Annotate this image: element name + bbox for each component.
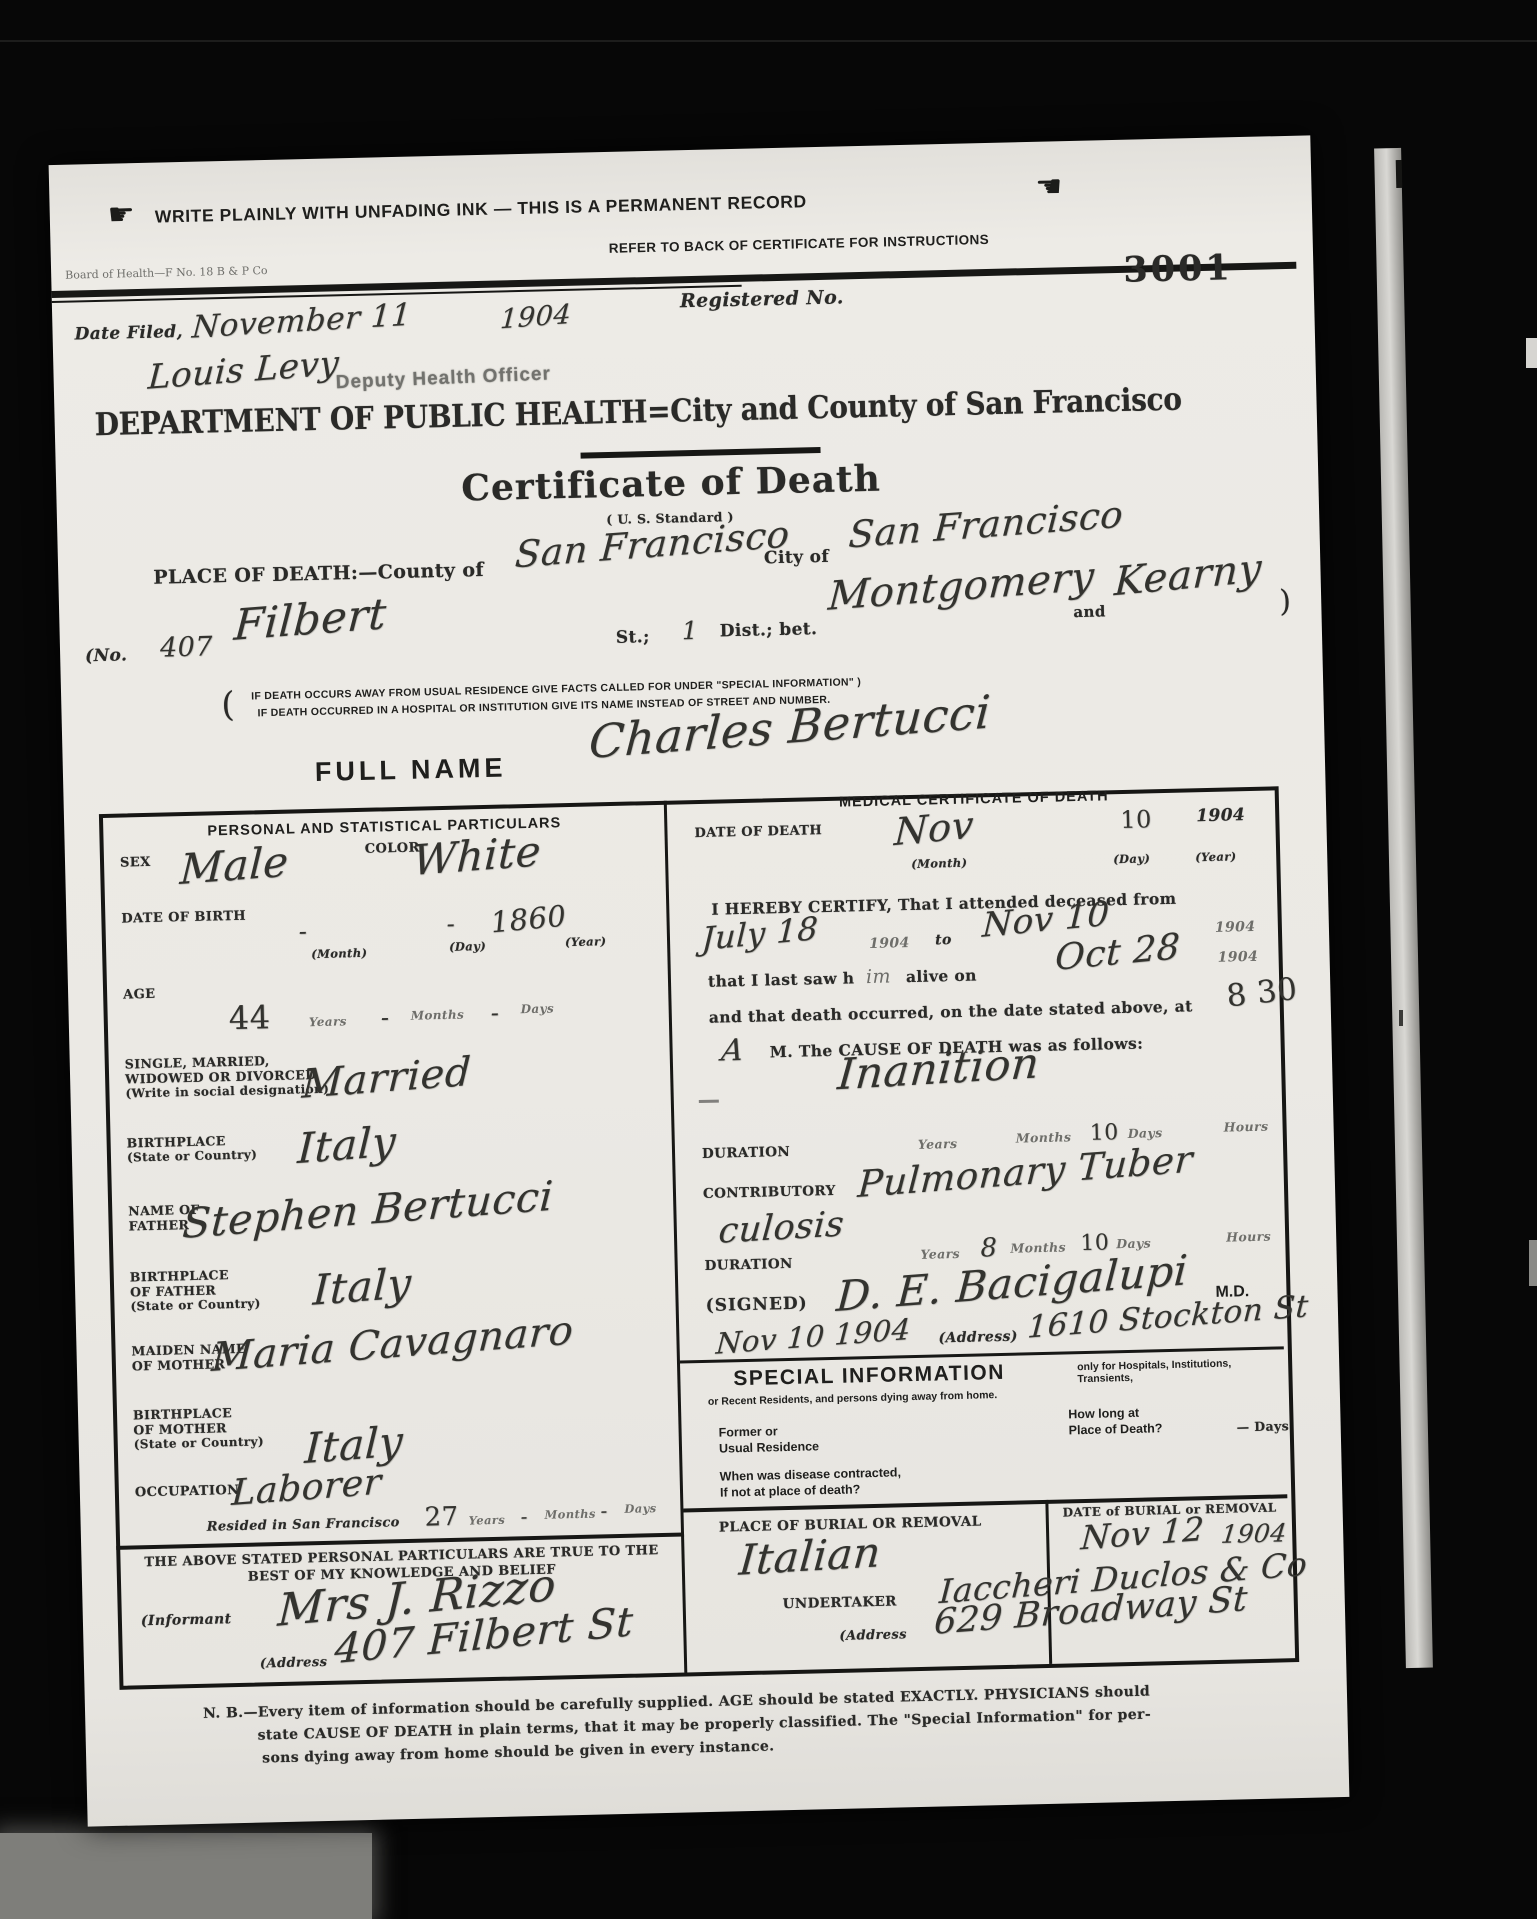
- between-street-1: Montgomery: [827, 554, 1096, 620]
- resided-years-value: 27: [424, 1502, 459, 1533]
- attended-from-year: 1904: [869, 935, 910, 952]
- age-value: 44: [228, 998, 271, 1037]
- st-label: St.;: [616, 627, 650, 648]
- age-days-label: Days: [520, 1001, 554, 1016]
- dob-month-label: (Month): [311, 946, 367, 961]
- district-no-value: 1: [681, 616, 698, 645]
- informant-label: (Informant: [141, 1611, 232, 1629]
- occupation-label: OCCUPATION: [135, 1483, 240, 1500]
- burial-place-value: Italian: [737, 1527, 882, 1584]
- last-saw-label-1: that I last saw h: [708, 968, 855, 990]
- duration1-months-value: 10: [1089, 1120, 1119, 1146]
- and-label: and: [1073, 602, 1106, 621]
- age-months-dash: -: [380, 1003, 389, 1031]
- date-of-death-label: DATE OF DEATH: [694, 823, 822, 841]
- city-of-label: City of: [764, 547, 830, 569]
- attended-to-year: 1904: [1215, 919, 1256, 936]
- between-street-2: Kearny: [1113, 546, 1263, 606]
- contributory-value-line2: culosis: [717, 1204, 846, 1251]
- county-value: San Francisco: [514, 513, 791, 577]
- dob-year-label: (Year): [565, 934, 607, 949]
- birthplace-value: Italy: [296, 1117, 397, 1173]
- registered-no-value: 3001: [1123, 247, 1233, 291]
- sex-label: SEX: [120, 855, 151, 871]
- refer-instructions: REFER TO BACK OF CERTIFICATE FOR INSTRUC…: [609, 232, 990, 256]
- undertaker-label: UNDERTAKER: [783, 1594, 897, 1613]
- dob-label: DATE OF BIRTH: [121, 909, 246, 927]
- pointing-hand-left-icon: ☚: [1035, 169, 1063, 205]
- microfilm-scratch-line: [0, 40, 1537, 42]
- physician-address-label: (Address): [938, 1329, 1018, 1347]
- informant-address-label: (Address: [260, 1655, 328, 1672]
- pointing-hand-right-icon: ☛: [107, 197, 135, 233]
- note-open-paren: (: [221, 685, 236, 725]
- father-name-label-line2: FATHER: [128, 1217, 189, 1233]
- resided-years-label: Years: [468, 1513, 505, 1528]
- date-filed-label: Date Filed,: [74, 322, 183, 345]
- street-name-value: Filbert: [232, 589, 388, 651]
- age-label: AGE: [123, 987, 156, 1003]
- scanned-death-certificate: { "icons": { "hand_right": "☛", "hand_le…: [0, 0, 1537, 1919]
- father-birthplace-value: Italy: [312, 1258, 413, 1314]
- date-filed-value: November 11: [191, 297, 413, 346]
- death-month-value: Nov: [893, 803, 975, 854]
- bottom-left-gray-patch: [0, 1833, 372, 1919]
- duration2-months-label: Months: [1010, 1239, 1066, 1255]
- birth-year-value: 1860: [489, 899, 568, 940]
- dob-day-dash: -: [446, 910, 455, 938]
- death-time-value: 8 30: [1225, 971, 1300, 1015]
- place-of-death-label: PLACE OF DEATH:—County of: [153, 559, 484, 589]
- age-days-dash: -: [490, 999, 499, 1027]
- am-handwritten: A: [720, 1033, 746, 1069]
- duration2-hours-label: Hours: [1226, 1229, 1271, 1245]
- contributory-label: CONTRIBUTORY: [703, 1183, 836, 1202]
- date-filed-year: 1904: [499, 299, 572, 335]
- duration2-years-value: 8: [980, 1233, 998, 1263]
- form-number: Board of Health—F No. 18 B & P Co: [65, 264, 268, 282]
- color-label: COLOR: [365, 841, 420, 857]
- warning-banner: WRITE PLAINLY WITH UNFADING INK — THIS I…: [155, 191, 807, 227]
- closing-paren: ): [1279, 584, 1292, 619]
- last-saw-him-hw: im: [866, 965, 892, 988]
- certificate-title: Certificate of Death: [461, 458, 872, 510]
- duration1-hours-label: Hours: [1223, 1119, 1268, 1135]
- dob-month-dash: -: [298, 917, 307, 945]
- department-title: DEPARTMENT OF PUBLIC HEALTH=City and Cou…: [94, 384, 1015, 443]
- duration1-years-label: Years: [918, 1136, 958, 1152]
- former-residence-label-line1: Former or: [718, 1424, 777, 1439]
- death-month-label: (Month): [911, 856, 967, 871]
- page-edge-mark: [1399, 1010, 1403, 1026]
- signed-label: (SIGNED): [705, 1294, 808, 1316]
- duration1-label: DURATION: [702, 1144, 790, 1162]
- certificate-page: ☛ WRITE PLAINLY WITH UNFADING INK — THIS…: [49, 135, 1350, 1826]
- howlong-label-line2: Place of Death?: [1069, 1421, 1163, 1437]
- former-residence-label-line2: Usual Residence: [719, 1439, 819, 1455]
- street-no-value: 407: [160, 631, 214, 663]
- city-value: San Francisco: [847, 493, 1124, 557]
- age-months-label: Months: [411, 1008, 465, 1023]
- dob-day-label: (Day): [449, 939, 486, 954]
- faint-dash-mark: [699, 1100, 719, 1103]
- district-label: Dist.; bet.: [720, 619, 818, 641]
- resided-days-label: Days: [624, 1501, 657, 1516]
- duration2-label: DURATION: [705, 1256, 793, 1274]
- death-year-value: 1904: [1196, 805, 1245, 826]
- duration2-years-label: Years: [920, 1246, 960, 1262]
- officer-signature: Louis Levy: [147, 343, 341, 397]
- color-value: White: [412, 826, 543, 885]
- age-years-label: Years: [309, 1014, 347, 1029]
- full-name-label: FULL NAME: [315, 752, 507, 788]
- last-saw-year: 1904: [1217, 949, 1258, 966]
- death-day-label: (Day): [1113, 851, 1150, 866]
- film-edge-sliver: [1529, 1240, 1537, 1286]
- undertaker-address-label: (Address: [839, 1627, 907, 1644]
- page-edge-mark: [1396, 160, 1403, 188]
- registered-no-label: Registered No.: [680, 286, 844, 312]
- days-suffix-label: — Days: [1236, 1418, 1289, 1434]
- to-label: to: [935, 932, 952, 948]
- death-day-value: 10: [1120, 805, 1152, 834]
- death-year-label: (Year): [1195, 849, 1237, 864]
- burial-year-value: 1904: [1219, 1518, 1288, 1549]
- sex-value: Male: [179, 837, 290, 894]
- book-page-edge-strip: [1374, 148, 1433, 1668]
- howlong-label-line1: How long at: [1068, 1406, 1139, 1422]
- film-edge-sliver: [1526, 338, 1537, 368]
- duration1-months-label: Months: [1016, 1129, 1072, 1145]
- footer-note-line3: sons dying away from home should be give…: [262, 1738, 775, 1766]
- resided-months-label: Months: [544, 1507, 596, 1522]
- street-no-label: (No.: [85, 645, 128, 666]
- resided-days-dash: -: [600, 1498, 608, 1522]
- last-saw-label-2: alive on: [906, 965, 977, 986]
- officer-title-stamp: Deputy Health Officer: [335, 363, 551, 394]
- special-info-sub1: only for Hospitals, Institutions, Transi…: [1077, 1356, 1283, 1385]
- duration1-days-label: Days: [1128, 1125, 1163, 1141]
- title-underline: [581, 447, 821, 459]
- resided-months-dash: -: [520, 1504, 528, 1528]
